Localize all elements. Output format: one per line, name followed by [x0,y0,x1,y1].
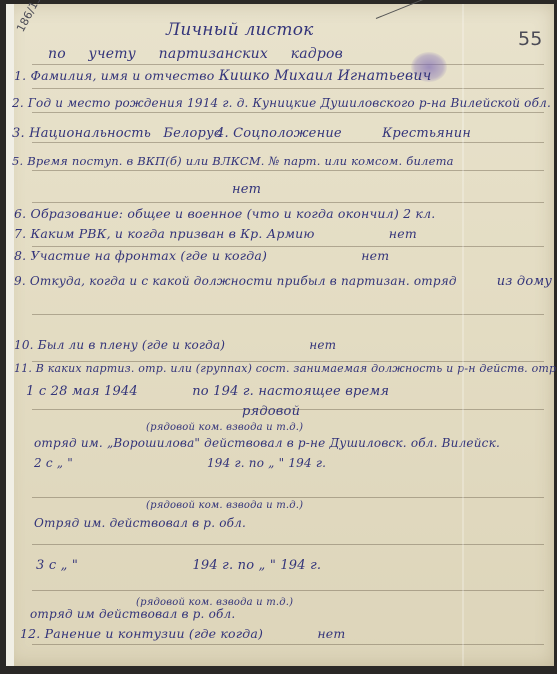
field-2-value: 1914 г. д. Куницкие Душиловского р-на Ви… [187,96,551,110]
field-7-value: нет [389,226,417,241]
service-1-position: рядовой [242,404,300,419]
ruled-line [32,544,544,545]
service-1-period: 1 с 28 мая 1944 по 194 г. настоящее врем… [26,384,389,399]
ruled-line [32,88,544,89]
field-5-value: нет [232,182,261,197]
ruled-line [32,314,544,315]
ruled-line [32,170,544,171]
field-4: 4. Соцположение Крестьянин [216,126,471,141]
service-1-position-hint: (рядовой ком. взвода и т.д.) [146,422,303,433]
field-10: 10. Был ли в плену (где и когда) нет [14,338,336,352]
field-9: 9. Откуда, когда и с какой должности при… [14,274,552,289]
field-2: 2. Год и место рождения 1914 г. д. Куниц… [12,96,551,110]
archive-mark: 186/13СЧ [14,0,52,34]
field-1-value: Кишко Михаил Игнатьевич [219,68,432,84]
field-12: 12. Ранение и контузии (где когда) нет [20,626,345,641]
ruled-line [32,644,544,645]
field-9-value: из дому [497,274,552,289]
ruled-line [32,112,544,113]
document-sheet: 186/13СЧ 55 Личный листок по учету парти… [6,4,554,666]
field-12-value: нет [317,626,345,641]
page-number: 55 [518,28,543,50]
service-2-unit: Отряд им. действовал в р. обл. [34,516,246,530]
field-3-value: Белорус [163,126,221,141]
field-11: 11. В каких партиз. отр. или (группах) с… [14,362,557,375]
ruled-line [32,202,544,203]
field-3: 3. Национальность Белорус [12,126,221,141]
document-subtitle: по учету партизанских кадров [48,46,343,62]
service-2-period: 2 с „ " 194 г. по „ " 194 г. [34,456,326,470]
field-1: 1. Фамилия, имя и отчество Кишко Михаил … [14,68,432,84]
ruled-line [32,497,544,498]
field-7: 7. Каким РВК, и когда призван в Кр. Арми… [14,226,417,241]
ruled-line [32,64,544,65]
field-8-value: нет [361,248,389,263]
service-3-period: 3 с „ " 194 г. по „ " 194 г. [36,558,321,573]
ruled-line [32,590,544,591]
field-6: 6. Образование: общее и военное (что и к… [14,206,435,221]
service-3-unit: отряд им действовал в р. обл. [30,607,235,621]
document-title: Личный листок [166,20,314,40]
field-4-value: Крестьянин [382,126,471,141]
field-10-value: нет [309,338,336,352]
pencil-mark [376,0,451,19]
ruled-line [32,246,544,247]
field-5: 5. Время поступ. в ВКП(б) или ВЛКСМ. № п… [12,154,454,168]
field-6-value: 2 кл. [403,206,435,221]
field-8: 8. Участие на фронтах (где и когда) нет [14,248,389,263]
ruled-line [32,142,544,143]
service-2-position-hint: (рядовой ком. взвода и т.д.) [146,500,303,511]
service-1-unit: отряд им. „Ворошилова" действовал в р-не… [34,436,500,450]
